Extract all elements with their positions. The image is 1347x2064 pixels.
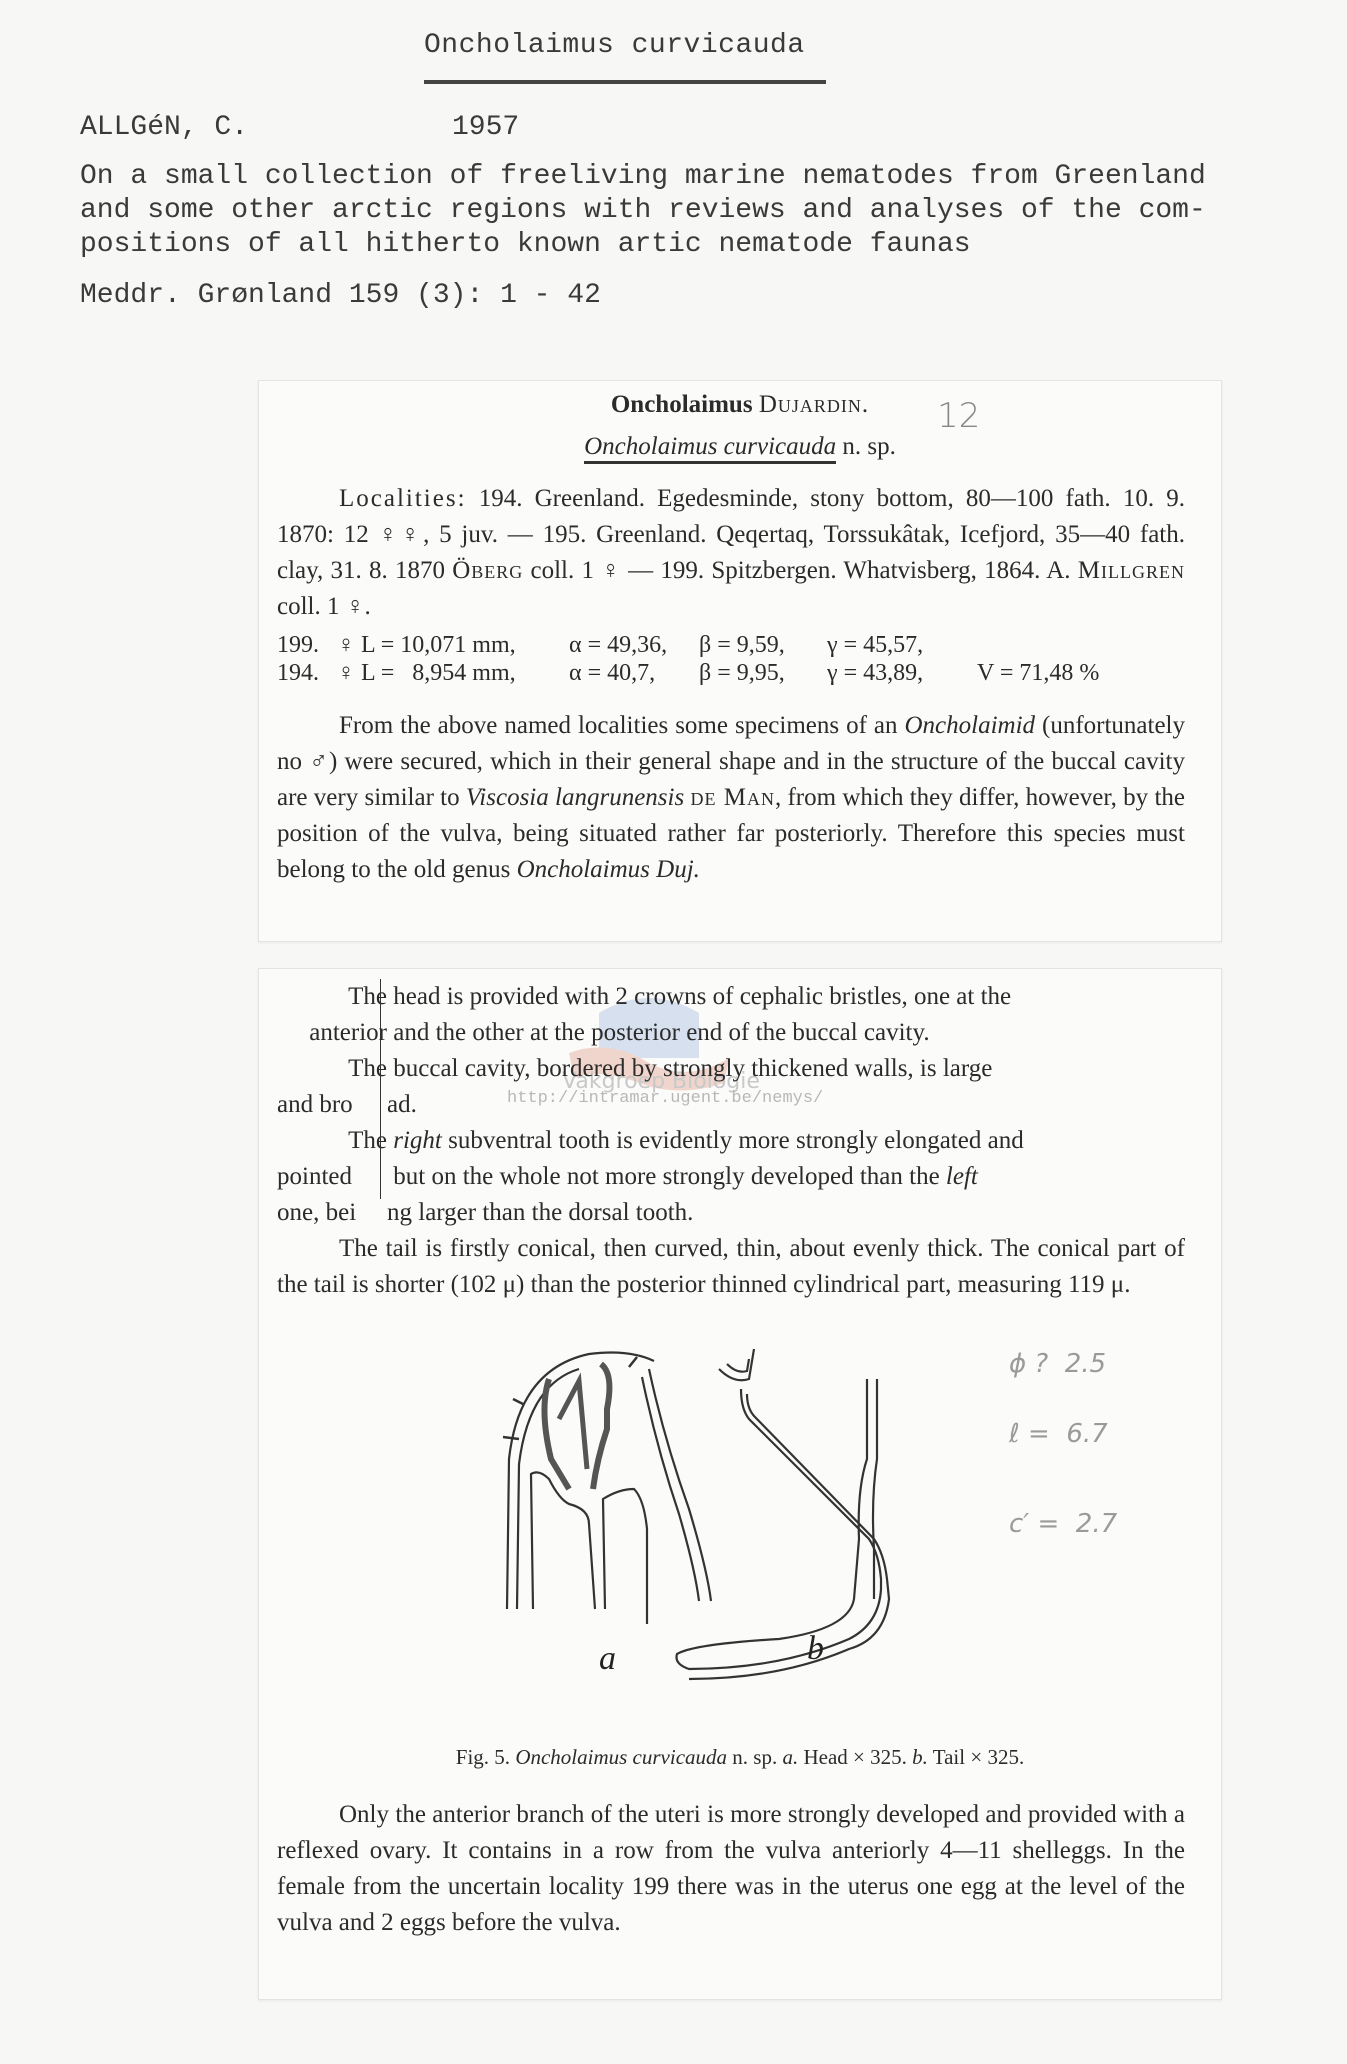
measurement-beta: β = 9,95, (699, 659, 827, 687)
head-paragraphs: The head is provided with 2 crowns of ce… (277, 979, 1185, 1303)
text: and bro (277, 1087, 387, 1123)
handwritten-note: ϕ ? 2.5 (1009, 1349, 1209, 1419)
text: ad. (387, 1091, 417, 1118)
text: b. (912, 1745, 928, 1769)
measurement-gamma: γ = 45,57, (827, 631, 977, 659)
text: one, bei (277, 1195, 387, 1231)
handwritten-note: c′ = 2.7 (1009, 1509, 1209, 1579)
text: From the above named localities some spe… (339, 712, 904, 739)
measurement-vulva: V = 71,48 % (977, 659, 1147, 687)
note-symbol: ϕ ? (1009, 1349, 1048, 1379)
description-clipping-bottom: Vakgroep Biologie http://intramar.ugent.… (258, 968, 1222, 2000)
reference-title-line: and some other arctic regions with revie… (80, 194, 1320, 228)
text: The (277, 979, 387, 1015)
handwritten-number: 12 (937, 396, 980, 436)
text: but on the whole not more strongly devel… (393, 1163, 946, 1190)
species-heading: Oncholaimus curvicauda n. sp. (259, 433, 1221, 461)
text: head is provided with 2 crowns of cephal… (393, 983, 1011, 1010)
localities-text: coll. 1 ♀. (277, 593, 371, 620)
tail-drawing: b (677, 1349, 890, 1679)
note-value: 6.7 (1066, 1419, 1107, 1449)
comparison-paragraph: From the above named localities some spe… (277, 708, 1185, 888)
note-symbol: c′ = (1009, 1509, 1059, 1539)
text: Tail × 325. (928, 1745, 1024, 1769)
author: ALLGéN, C. (80, 112, 248, 143)
text: Head × 325. (798, 1745, 912, 1769)
text: anterior (277, 1015, 387, 1051)
description-clipping-top: Oncholaimus Dujardin. 12 Oncholaimus cur… (258, 380, 1222, 942)
text: and the other at the posterior end of th… (393, 1019, 929, 1046)
tail-paragraph: The tail is firstly conical, then curved… (277, 1231, 1185, 1303)
localities-paragraph: Localities: 194. Greenland. Egedesminde,… (277, 481, 1185, 625)
collector-name: Öberg (452, 557, 523, 584)
figure-5-drawing: a b (479, 1339, 1019, 1719)
note-value: 2.7 (1076, 1509, 1117, 1539)
figure-label-b: b (807, 1630, 824, 1667)
taxon-author: de Man (690, 784, 775, 811)
reference-title-line: positions of all hitherto known artic ne… (80, 228, 1320, 262)
measurement-gamma: γ = 43,89, (827, 659, 977, 687)
taxon-name: Viscosia langrunensis (466, 784, 684, 811)
text: pointed (277, 1159, 387, 1195)
measurement-locality: 194. (277, 659, 337, 687)
genus-name: Oncholaimus (611, 391, 753, 418)
handwritten-note: ℓ = 6.7 (1009, 1419, 1209, 1489)
note-symbol: ℓ = (1009, 1419, 1050, 1449)
publication-year: 1957 (452, 112, 519, 143)
measurement-length: ♀ L = 10,071 mm, (337, 631, 569, 659)
measurement-row: 199.♀ L = 10,071 mm,α = 49,36,β = 9,59,γ… (277, 631, 1147, 659)
title-underline (424, 80, 826, 84)
taxon-name: Oncholaimid (904, 712, 1035, 739)
species-name: Oncholaimus curvicauda (584, 433, 836, 464)
reference-title: On a small collection of freeliving mari… (80, 160, 1320, 262)
text: a. (782, 1745, 798, 1769)
text: right (393, 1127, 442, 1154)
text: Fig. 5. (456, 1745, 516, 1769)
figure-label-a: a (599, 1640, 616, 1677)
text: left (946, 1163, 978, 1190)
figure-caption: Fig. 5. Oncholaimus curvicauda n. sp. a.… (259, 1745, 1221, 1770)
measurements-table: 199.♀ L = 10,071 mm,α = 49,36,β = 9,59,γ… (277, 631, 1147, 687)
genus-author: Dujardin. (759, 391, 869, 418)
taxon-name: Oncholaimus Duj. (517, 856, 700, 883)
species-suffix: n. sp. (842, 433, 895, 460)
reference-source: Meddr. Grønland 159 (3): 1 - 42 (80, 280, 601, 311)
handwritten-index-notes: ϕ ? 2.5 ℓ = 6.7 c′ = 2.7 (1009, 1349, 1209, 1579)
card-title: Oncholaimus curvicauda (424, 30, 805, 61)
head-drawing: a (503, 1353, 711, 1677)
measurement-length: ♀ L = 8,954 mm, (337, 659, 569, 687)
measurement-locality: 199. (277, 631, 337, 659)
genus-heading: Oncholaimus Dujardin. (259, 391, 1221, 419)
measurement-row: 194.♀ L = 8,954 mm,α = 40,7,β = 9,95,γ =… (277, 659, 1147, 687)
text: ng larger than the dorsal tooth. (387, 1199, 693, 1226)
text: subventral tooth is evidently more stron… (442, 1127, 1024, 1154)
text: buccal cavity, bordered by strongly thic… (393, 1055, 992, 1082)
text: The (277, 1123, 387, 1159)
reference-title-line: On a small collection of freeliving mari… (80, 160, 1320, 194)
localities-text: coll. 1 ♀ — 199. Spitzbergen. Whatvisber… (523, 557, 1078, 584)
note-value: 2.5 (1065, 1349, 1106, 1379)
text: The (277, 1051, 387, 1087)
measurement-alpha: α = 40,7, (569, 659, 699, 687)
measurement-alpha: α = 49,36, (569, 631, 699, 659)
collector-name: Millgren (1078, 557, 1185, 584)
localities-label: Localities: (339, 485, 467, 512)
uteri-paragraph: Only the anterior branch of the uteri is… (277, 1797, 1185, 1941)
text: Oncholaimus curvicauda (515, 1745, 727, 1769)
text: n. sp. (727, 1745, 782, 1769)
measurement-beta: β = 9,59, (699, 631, 827, 659)
